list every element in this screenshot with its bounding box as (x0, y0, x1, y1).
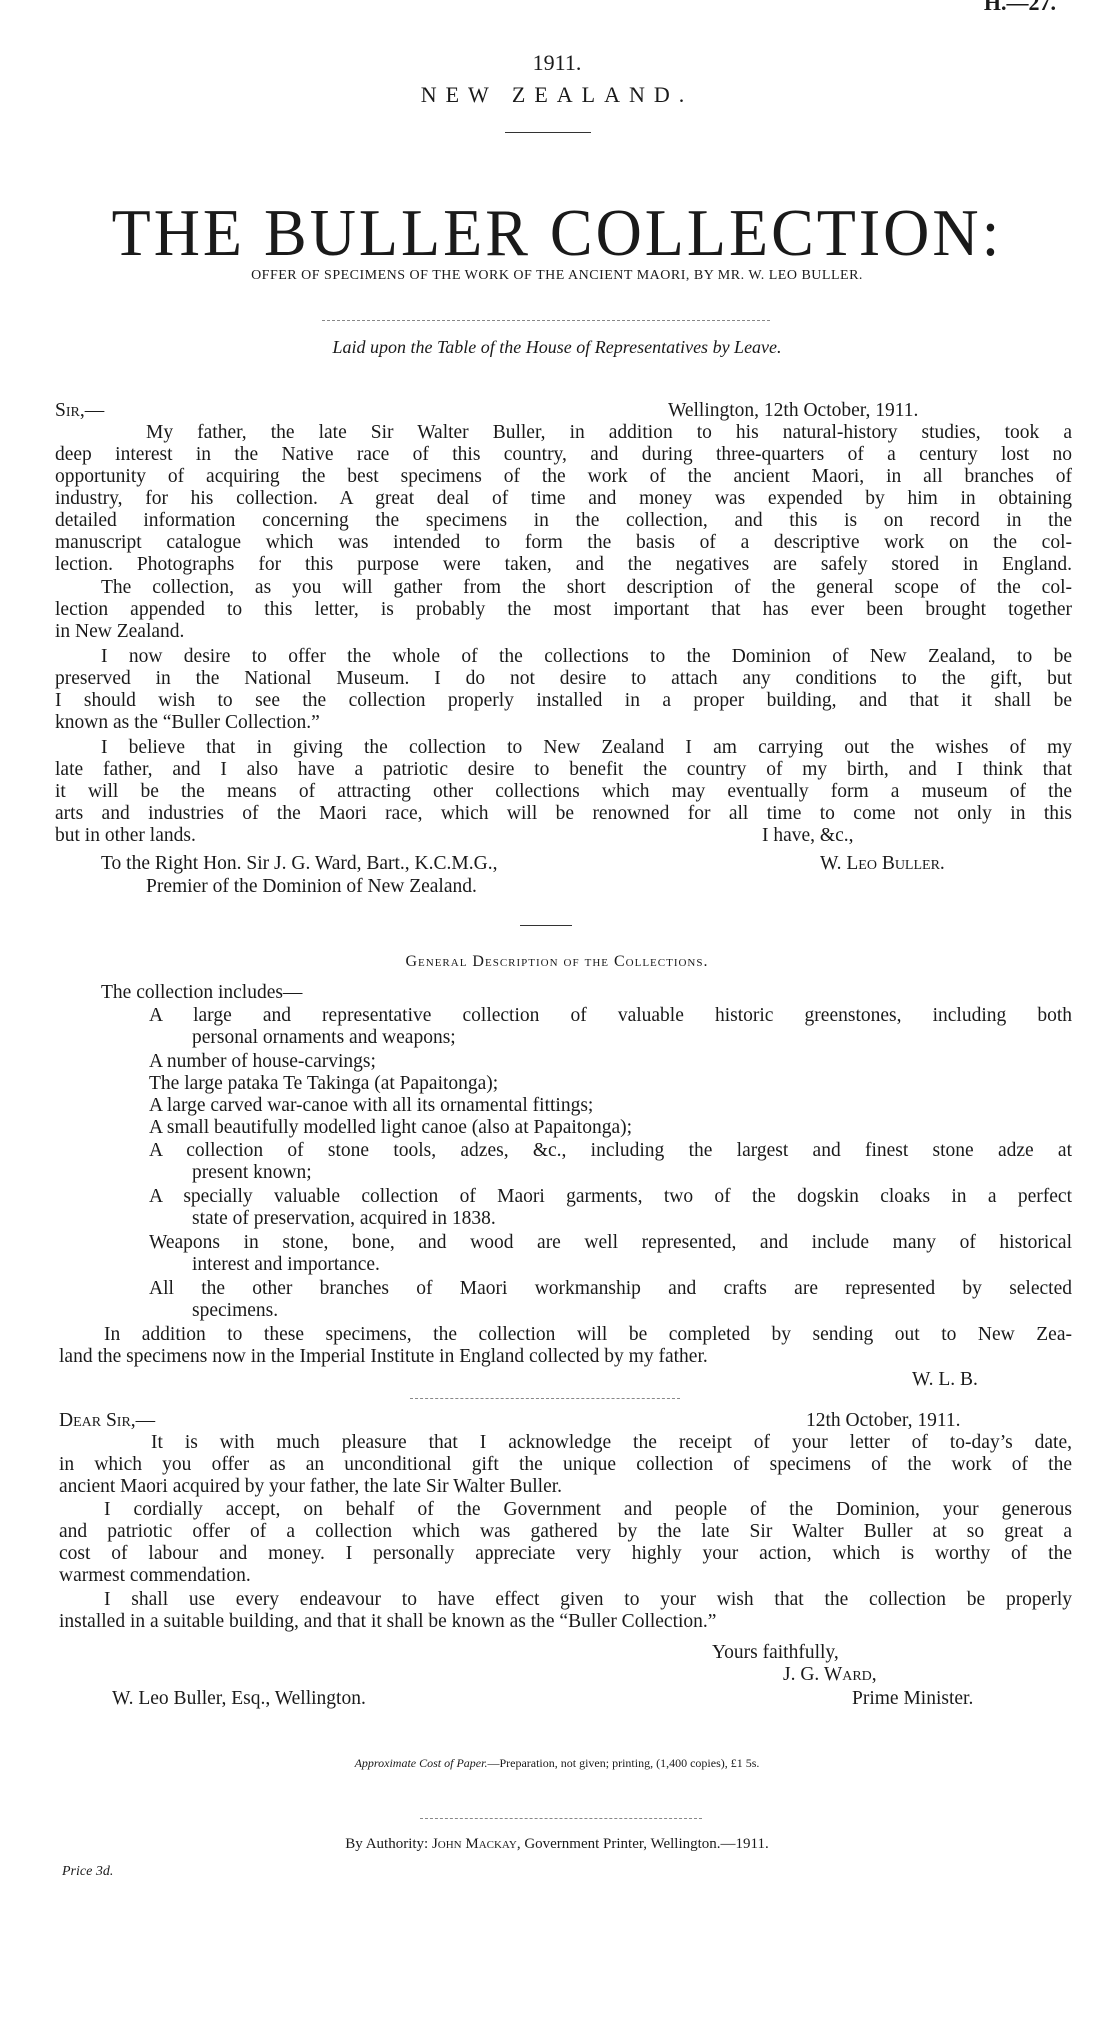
letter2-salutation: Dear Sir,— (59, 1410, 155, 1432)
letter2-line: and patriotic offer of a collection whic… (59, 1521, 1072, 1543)
section-divider (520, 925, 572, 926)
letter1-addressee: To the Right Hon. Sir J. G. Ward, Bart.,… (101, 853, 497, 875)
letter2-addressee: W. Leo Buller, Esq., Wellington. (112, 1688, 366, 1710)
letter1-line: but in other lands. (55, 825, 1072, 847)
letter1-line: I believe that in giving the collection … (101, 737, 1072, 759)
letter1-addressee-title: Premier of the Dominion of New Zealand. (146, 876, 477, 898)
subtitle-divider (322, 320, 770, 321)
page-title: THE BULLER COLLECTION: (0, 194, 1114, 272)
letter1-line: detailed information concerning the spec… (55, 510, 1072, 532)
letter2-closing: Yours faithfully, (712, 1642, 839, 1664)
letter2-line: ancient Maori acquired by your father, t… (59, 1476, 1076, 1498)
letter1-line: known as the “Buller Collection.” (55, 712, 1072, 734)
letter1-line: preserved in the National Museum. I do n… (55, 668, 1072, 690)
letter1-line: I now desire to offer the whole of the c… (101, 646, 1072, 668)
letter1-line: I should wish to see the collection prop… (55, 690, 1072, 712)
document-year: 1911. (0, 50, 1114, 76)
letter1-closing: I have, &c., (762, 825, 854, 847)
collection-item-cont: interest and importance. (192, 1254, 380, 1276)
letter2-signatory-title: Prime Minister. (852, 1688, 973, 1710)
letter1-line: opportunity of acquiring the best specim… (55, 466, 1072, 488)
section-heading: General Description of the Collections. (0, 953, 1114, 971)
letter1-line: industry, for his collection. A great de… (55, 488, 1072, 510)
letter2-signature: J. G. Ward, (783, 1664, 877, 1686)
collection-item-cont: personal ornaments and weapons; (192, 1027, 456, 1049)
addition-paragraph: In addition to these specimens, the coll… (104, 1324, 1072, 1346)
letter2-line: installed in a suitable building, and th… (59, 1611, 1076, 1633)
cost-label: Approximate Cost of Paper. (355, 1756, 488, 1770)
collection-item: A small beautifully modelled light canoe… (149, 1117, 632, 1139)
letter1-line: arts and industries of the Maori race, w… (55, 803, 1072, 825)
laid-note: Laid upon the Table of the House of Repr… (0, 337, 1114, 358)
letter1-signature: W. Leo Buller. (820, 853, 945, 875)
cost-note: Approximate Cost of Paper.—Preparation, … (0, 1756, 1114, 1771)
letter1-line: it will be the means of attracting other… (55, 781, 1072, 803)
letter1-line: manuscript catalogue which was intended … (55, 532, 1072, 554)
letter1-line: My father, the late Sir Walter Buller, i… (146, 422, 1072, 444)
letter1-place-date: Wellington, 12th October, 1911. (668, 400, 918, 422)
authority-prefix: By Authority: (345, 1836, 428, 1852)
header-divider (505, 132, 591, 133)
collection-item-cont: specimens. (192, 1300, 278, 1322)
letter1-line: in New Zealand. (55, 621, 1072, 643)
price-note: Price 3d. (62, 1864, 113, 1880)
letter2-line: cost of labour and money. I personally a… (59, 1543, 1072, 1565)
collection-intro: The collection includes— (101, 982, 302, 1004)
collection-item: A number of house-carvings; (149, 1051, 376, 1073)
letter1-line: lection. Photographs for this purpose we… (55, 554, 1072, 576)
letter1-line: deep interest in the Native race of this… (55, 444, 1072, 466)
collection-item: A collection of stone tools, adzes, &c.,… (149, 1140, 1072, 1162)
description-initials: W. L. B. (912, 1369, 978, 1391)
page-subtitle: OFFER OF SPECIMENS OF THE WORK OF THE AN… (0, 268, 1114, 284)
cost-text: —Preparation, not given; printing, (1,40… (487, 1756, 759, 1770)
letter1-line: lection appended to this letter, is prob… (55, 599, 1072, 621)
letter2-line: in which you offer as an unconditional g… (59, 1454, 1072, 1476)
collection-item-cont: state of preservation, acquired in 1838. (192, 1208, 496, 1230)
letter2-line: warmest commendation. (59, 1565, 1076, 1587)
letter-divider (410, 1398, 680, 1399)
printer-authority: By Authority: John Mackay, Government Pr… (0, 1836, 1114, 1853)
collection-item: The large pataka Te Takinga (at Papaiton… (149, 1073, 498, 1095)
footer-divider (420, 1818, 702, 1819)
letter2-line: I shall use every endeavour to have effe… (104, 1589, 1072, 1611)
collection-item: A large carved war-canoe with all its or… (149, 1095, 593, 1117)
collection-item: A specially valuable collection of Maori… (149, 1186, 1072, 1208)
paper-reference: H.—27. (984, 0, 1056, 16)
letter2-date: 12th October, 1911. (806, 1410, 960, 1432)
collection-item: Weapons in stone, bone, and wood are wel… (149, 1232, 1072, 1254)
letter2-line: I cordially accept, on behalf of the Gov… (104, 1499, 1072, 1521)
collection-item: All the other branches of Maori workmans… (149, 1278, 1072, 1300)
country-heading: NEW ZEALAND. (0, 82, 1114, 108)
collection-item-cont: present known; (192, 1162, 312, 1184)
letter1-salutation: Sir,— (55, 400, 104, 422)
printer-name: John Mackay (432, 1836, 517, 1852)
addition-paragraph: land the specimens now in the Imperial I… (59, 1346, 1076, 1368)
letter1-line: late father, and I also have a patriotic… (55, 759, 1072, 781)
collection-item: A large and representative collection of… (149, 1005, 1072, 1027)
authority-suffix: , Government Printer, Wellington.—1911. (517, 1836, 769, 1852)
letter1-line: The collection, as you will gather from … (101, 577, 1072, 599)
letter2-line: It is with much pleasure that I acknowle… (151, 1432, 1072, 1454)
